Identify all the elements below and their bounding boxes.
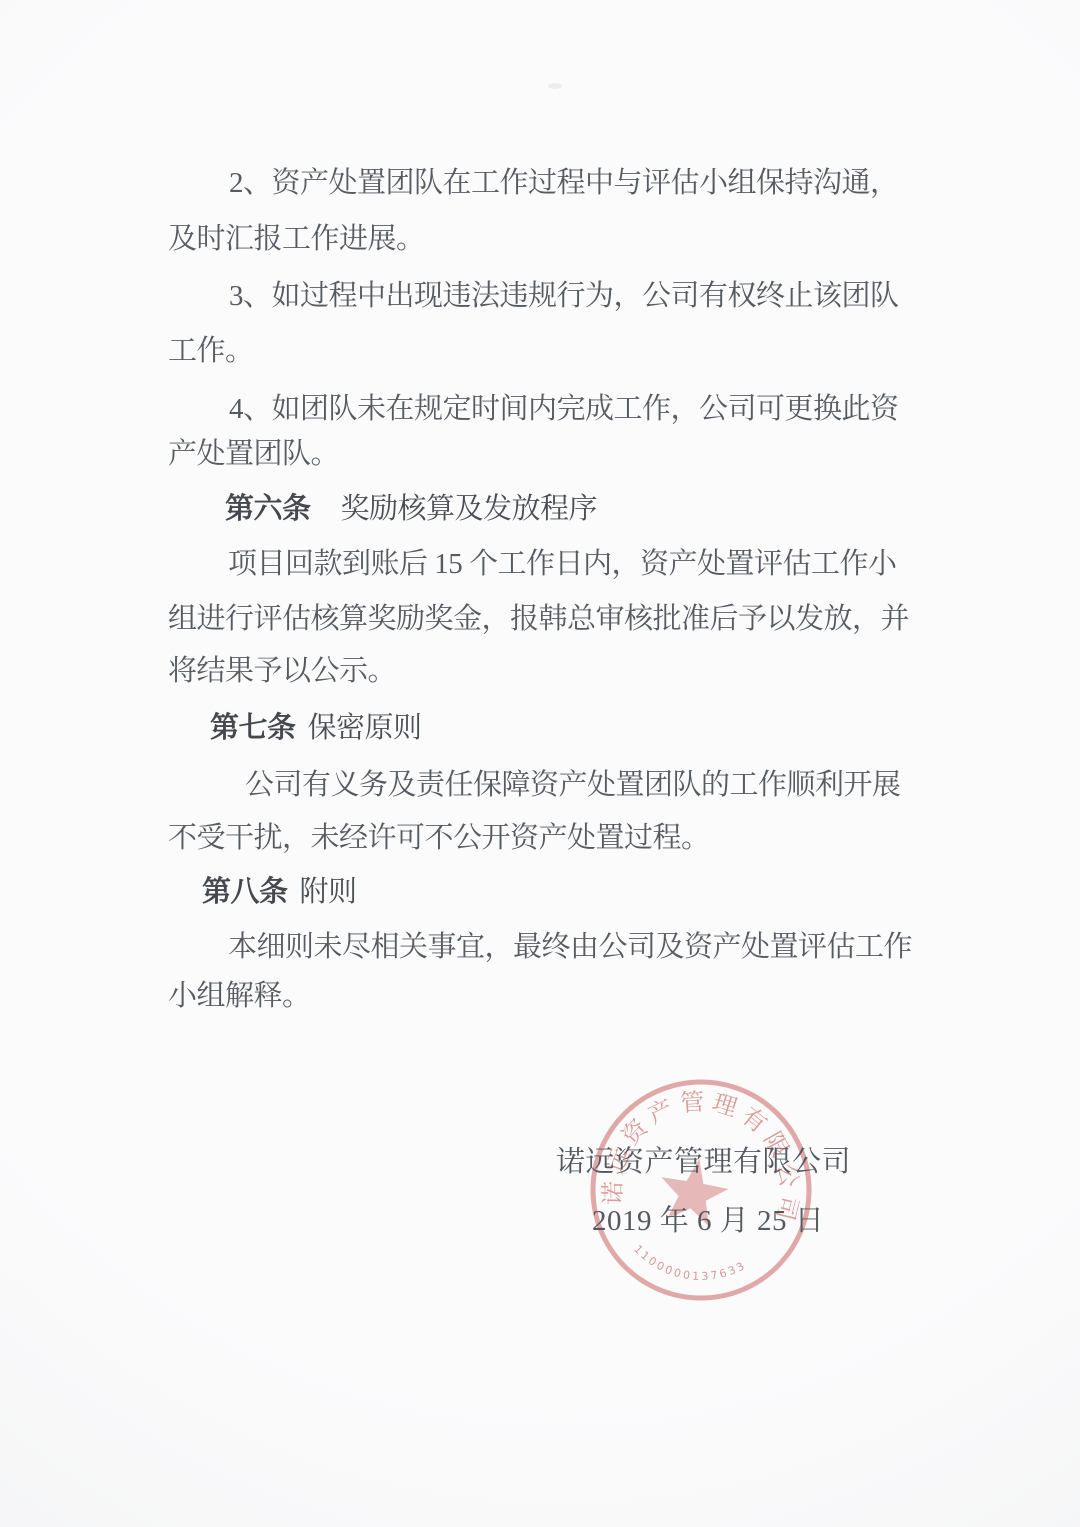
document-line: 小组解释。 bbox=[168, 973, 311, 1014]
document-line: 组进行评估核算奖励奖金，报韩总审核批准后予以发放，并 bbox=[168, 596, 909, 637]
document-line: 将结果予以公示。 bbox=[168, 648, 396, 689]
section-title: 附则 bbox=[300, 876, 357, 908]
scanned-document-page: 2、资产处置团队在工作过程中与评估小组保持沟通， 及时汇报工作进展。 3、如过程… bbox=[0, 0, 1080, 1527]
document-line: 2、资产处置团队在工作过程中与评估小组保持沟通， bbox=[229, 160, 899, 201]
document-line: 本细则未尽相关事宜，最终由公司及资产处置评估工作 bbox=[228, 924, 912, 965]
section-number: 第八条 bbox=[202, 876, 288, 908]
document-line: 4、如团队未在规定时间内完成工作，公司可更换此资 bbox=[229, 386, 899, 427]
document-line: 及时汇报工作进展。 bbox=[168, 216, 425, 257]
company-seal: 诺远资产管理有限公司 1100000137633 bbox=[578, 1068, 824, 1314]
section-heading-6: 第六条奖励核算及发放程序 bbox=[225, 486, 597, 527]
document-line: 工作。 bbox=[168, 328, 254, 369]
section-heading-8: 第八条附则 bbox=[202, 869, 357, 910]
section-heading-7: 第七条保密原则 bbox=[210, 705, 422, 746]
section-number: 第七条 bbox=[210, 712, 296, 744]
scan-smudge bbox=[548, 83, 562, 89]
document-line: 公司有义务及责任保障资产处置团队的工作顺利开展 bbox=[245, 762, 901, 803]
document-line: 项目回款到账后 15 个工作日内，资产处置评估工作小 bbox=[228, 541, 897, 582]
section-title: 奖励核算及发放程序 bbox=[341, 493, 598, 525]
document-line: 不受干扰，未经许可不公开资产处置过程。 bbox=[168, 815, 710, 856]
section-number: 第六条 bbox=[225, 493, 311, 525]
document-line: 3、如过程中出现违法违规行为，公司有权终止该团队 bbox=[229, 273, 899, 314]
section-title: 保密原则 bbox=[308, 712, 422, 744]
seal-serial-number: 1100000137633 bbox=[631, 1243, 749, 1284]
document-line: 产处置团队。 bbox=[168, 431, 339, 472]
signature-company-name: 诺远资产管理有限公司 bbox=[556, 1139, 851, 1180]
signature-date: 2019 年 6 月 25 日 bbox=[592, 1198, 824, 1239]
